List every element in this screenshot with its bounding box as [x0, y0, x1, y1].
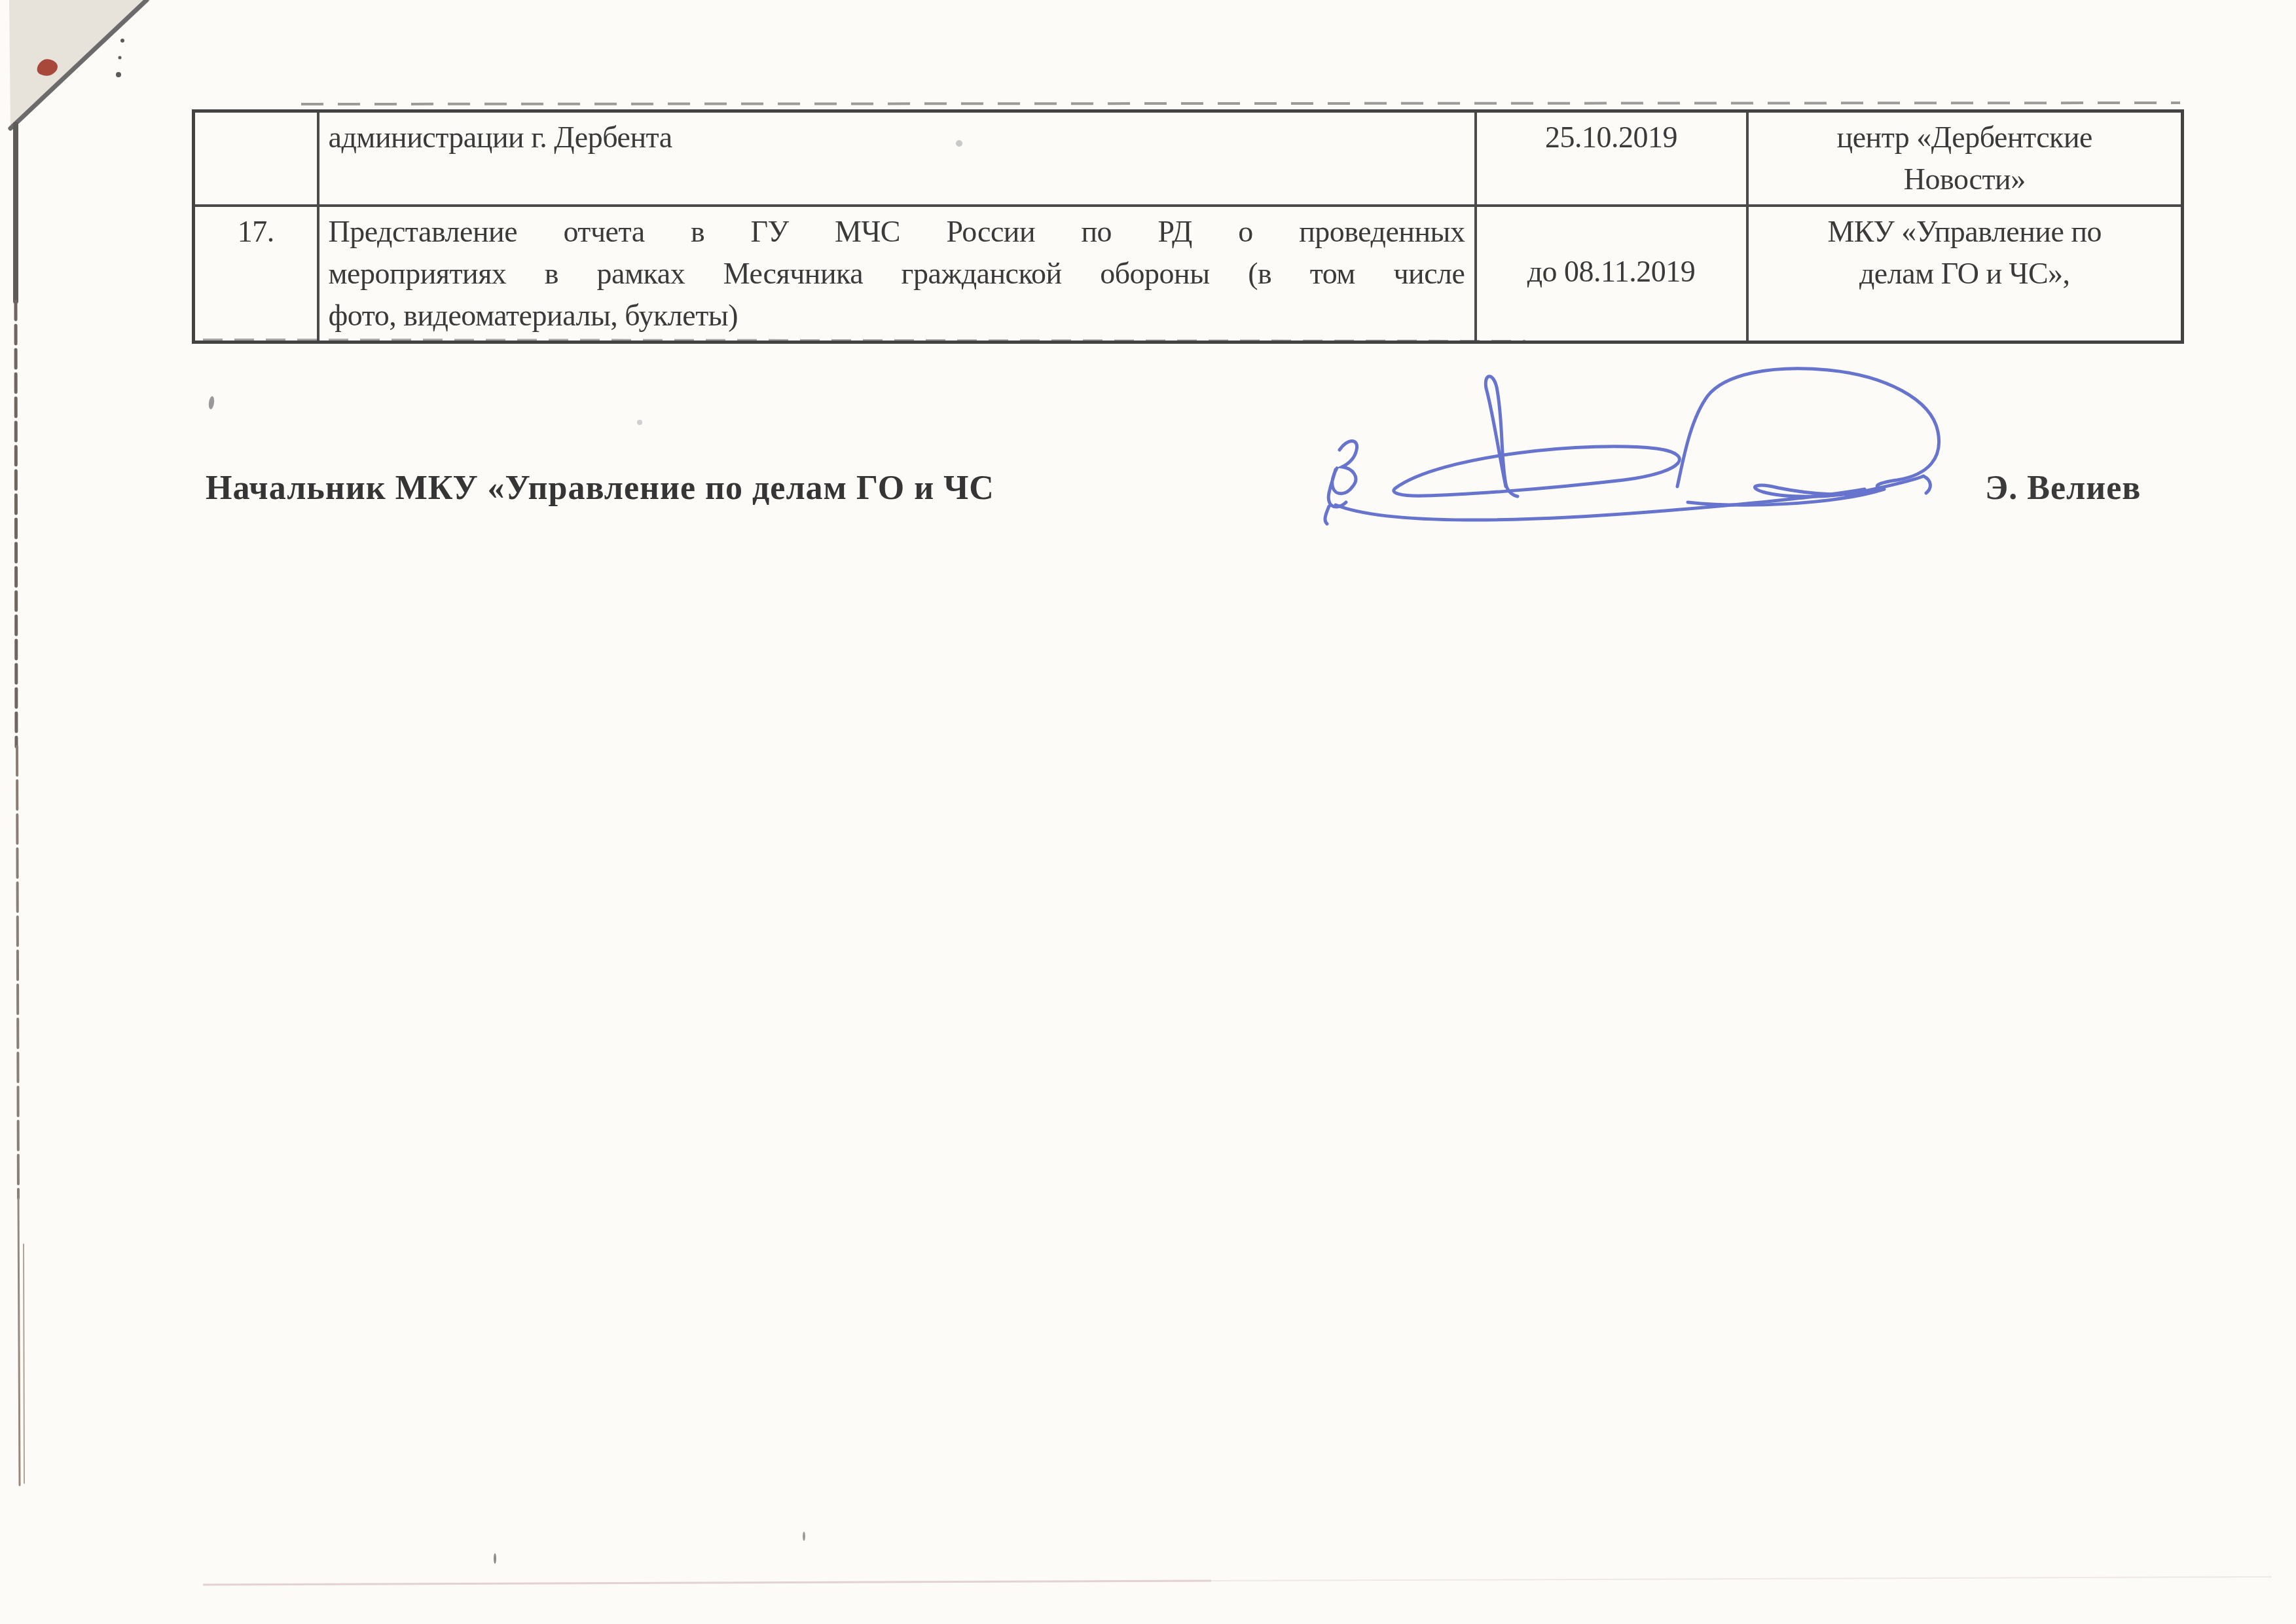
bottom-scan-line: [203, 1577, 2272, 1585]
cell-row-number: 17.: [194, 206, 318, 342]
signer-name: Э. Велиев: [1985, 469, 2141, 507]
signature-stroke: [1394, 447, 1680, 496]
cell-date: до 08.11.2019: [1476, 206, 1747, 342]
signature-ink: [1309, 357, 1971, 530]
table-row-continued: администрации г. Дербента 25.10.2019 цен…: [194, 111, 2183, 206]
activity-line: мероприятиях в рамках Месячника гражданс…: [329, 253, 1465, 295]
page-corner-fold: [9, 0, 151, 130]
cell-activity: Представление отчета в ГУ МЧС России по …: [318, 206, 1476, 342]
cell-responsible: МКУ «Управление по делам ГО и ЧС»,: [1747, 206, 2183, 342]
plan-table: администрации г. Дербента 25.10.2019 цен…: [192, 109, 2184, 344]
responsible-line: Новости»: [1758, 158, 2172, 200]
left-edge-shadow: [16, 124, 24, 1485]
scanned-document-page: администрации г. Дербента 25.10.2019 цен…: [0, 0, 2296, 1624]
fold-edge-line: [10, 0, 147, 128]
red-ink-mark: [37, 59, 58, 75]
responsible-line: МКУ «Управление по: [1758, 211, 2172, 253]
cell-date: 25.10.2019: [1476, 111, 1747, 206]
cell-row-number: [194, 111, 318, 206]
cell-activity: администрации г. Дербента: [318, 111, 1476, 206]
cell-responsible: центр «Дербентские Новости»: [1747, 111, 2183, 206]
signature-stroke: [1677, 369, 1939, 505]
activity-line: фото, видеоматериалы, буклеты): [329, 295, 1465, 337]
signature-stroke: [1485, 377, 1518, 496]
responsible-line: делам ГО и ЧС»,: [1758, 253, 2172, 295]
responsible-line: центр «Дербентские: [1758, 117, 2172, 158]
signature-stroke: [1336, 489, 1865, 520]
activity-line: Представление отчета в ГУ МЧС России по …: [329, 211, 1465, 253]
signatory-position-title: Начальник МКУ «Управление по делам ГО и …: [206, 469, 994, 507]
table-row-17: 17. Представление отчета в ГУ МЧС России…: [194, 206, 2183, 342]
signature-stroke: [1325, 441, 1357, 525]
